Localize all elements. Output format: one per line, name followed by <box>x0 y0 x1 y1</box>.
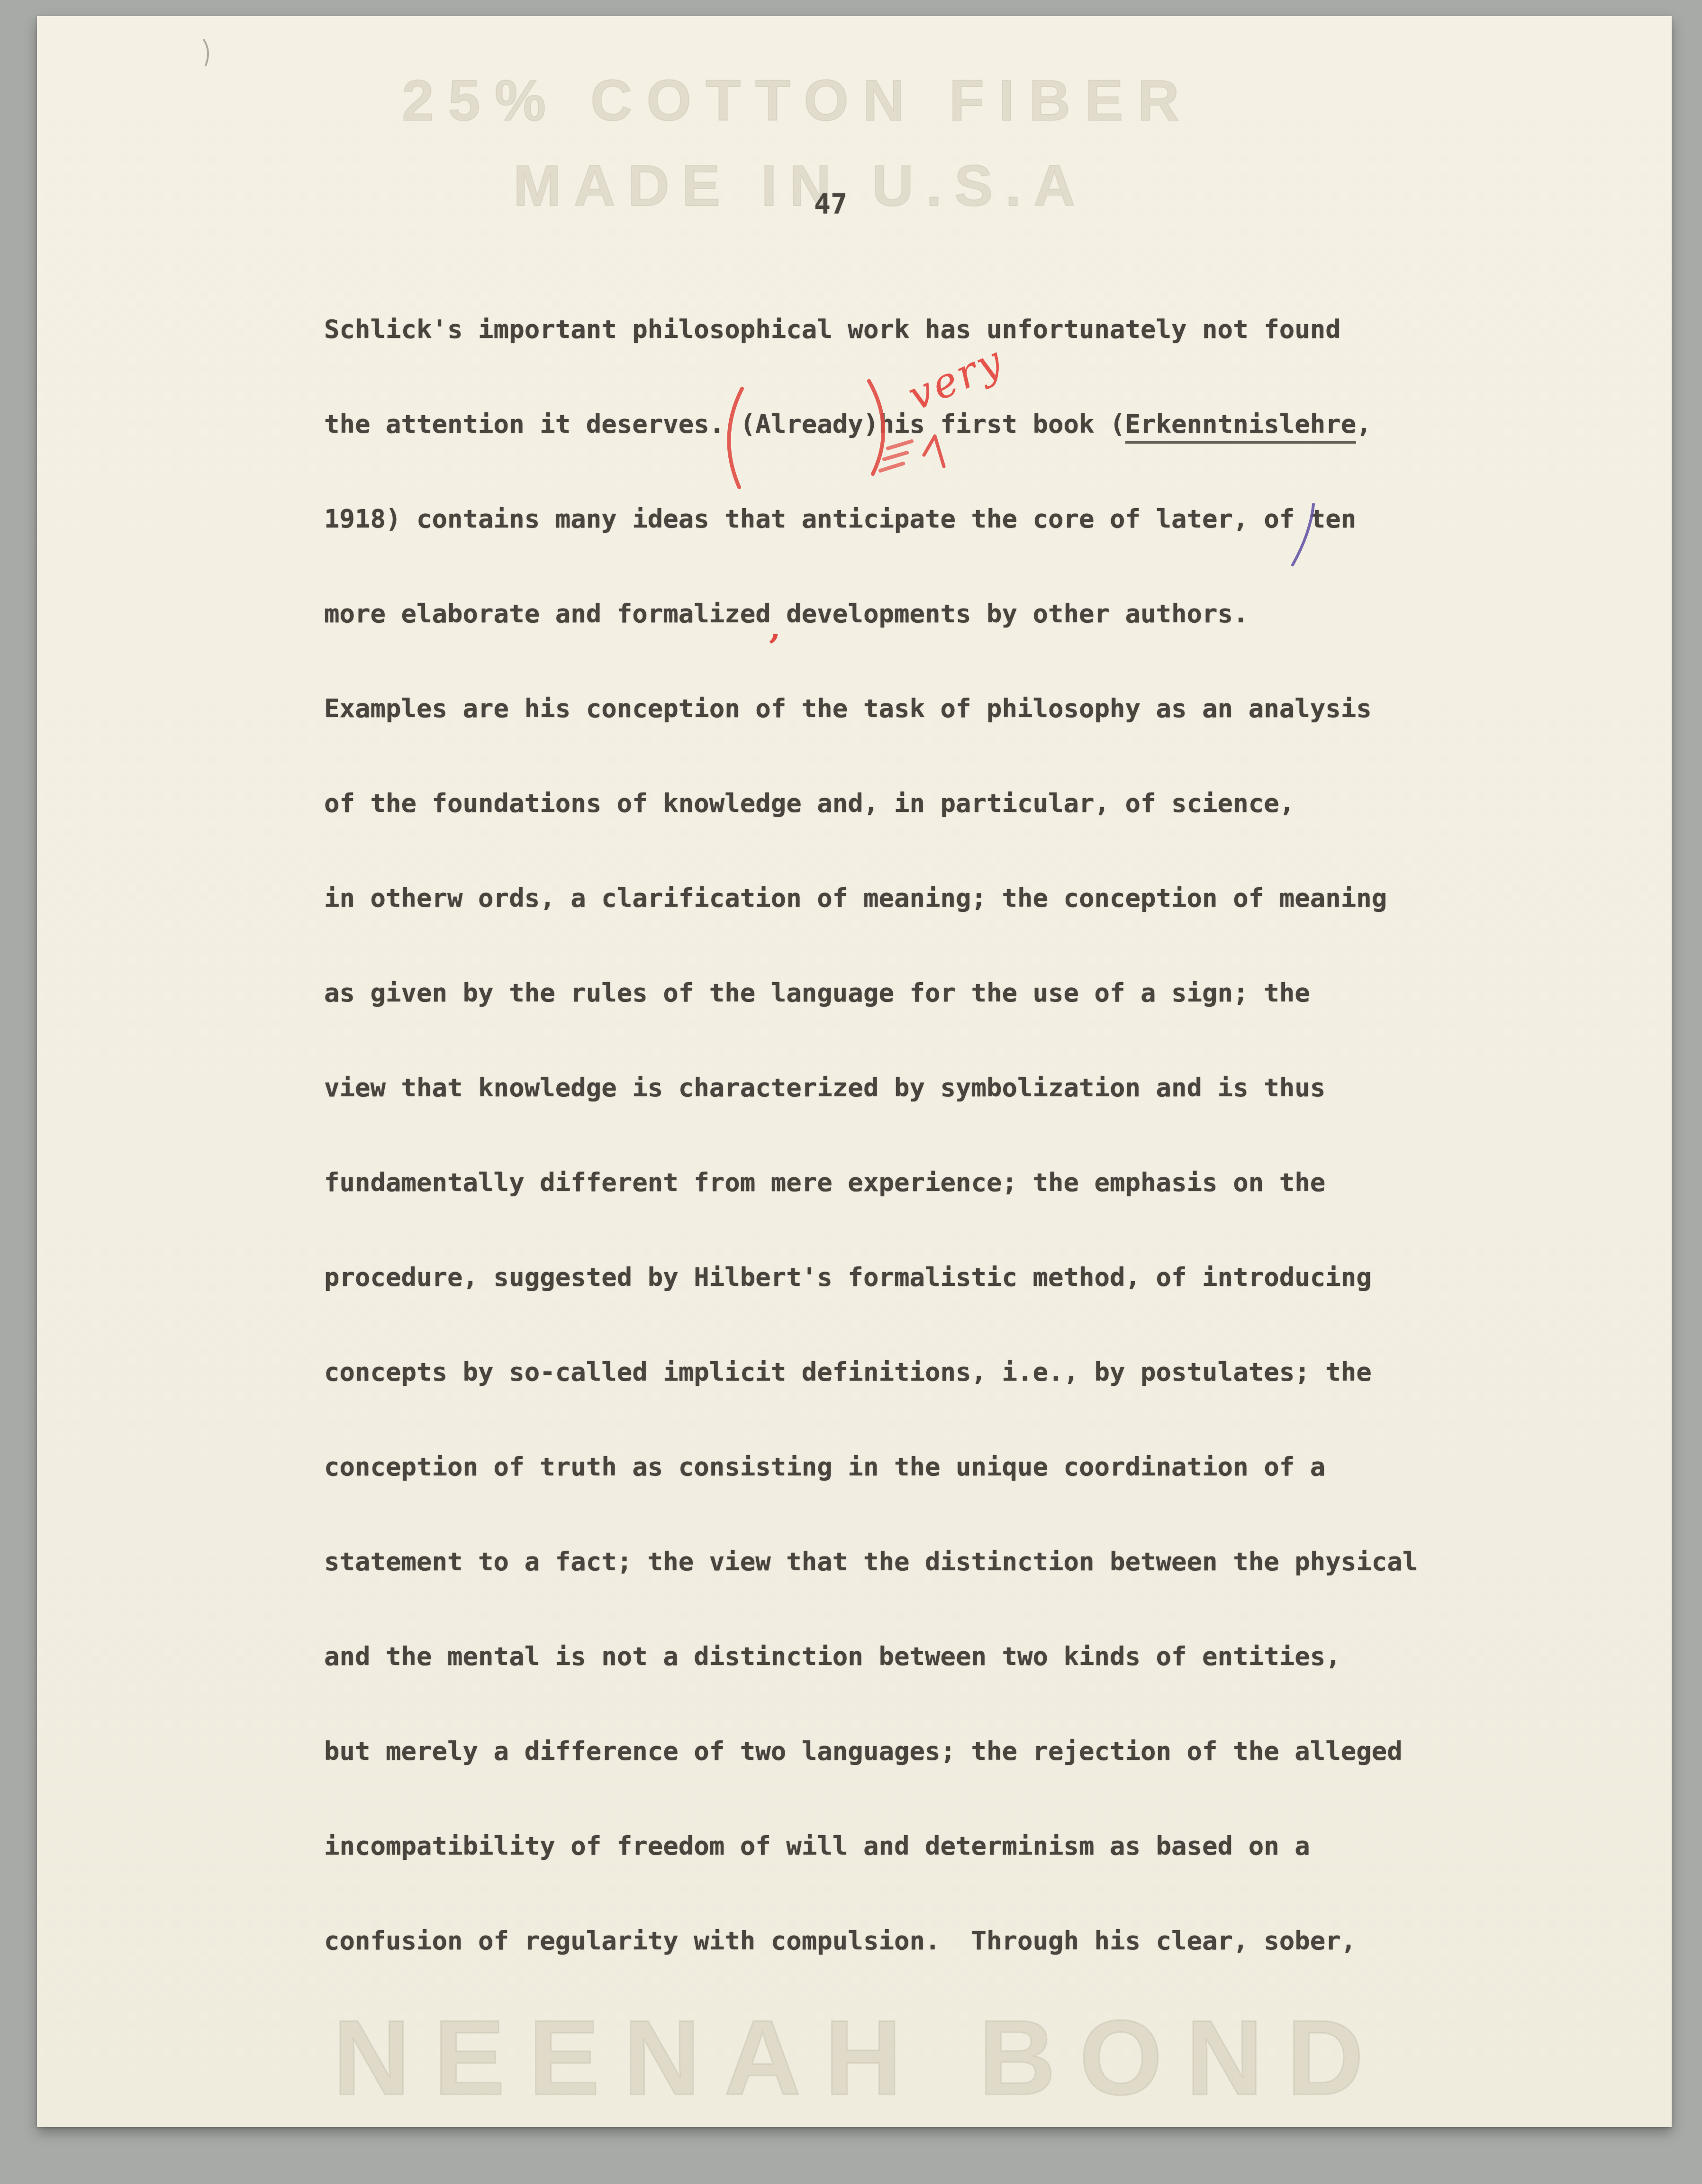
typed-text-run: view that knowledge is characterized by … <box>324 1073 1325 1102</box>
typed-text-run: the attention it deserves. (Already)his … <box>324 409 1125 439</box>
typed-line: concepts by so-called implicit definitio… <box>324 1356 1372 1388</box>
typed-line: confusion of regularity with compulsion.… <box>324 1925 1356 1956</box>
typed-line: in otherw ords, a clarification of meani… <box>324 883 1387 914</box>
typed-text-run: concepts by so-called implicit definitio… <box>324 1357 1372 1387</box>
typed-line: Examples are his conception of the task … <box>324 693 1372 724</box>
typed-text-run: in otherw ords, a clarification of meani… <box>324 883 1387 913</box>
typed-text-run: Examples are his conception of the task … <box>324 693 1372 723</box>
typed-line: conception of truth as consisting in the… <box>324 1451 1325 1483</box>
typed-text-run: conception of truth as consisting in the… <box>324 1452 1325 1482</box>
typed-line: 1918) contains many ideas that anticipat… <box>324 503 1356 535</box>
insertion-caret-mark <box>924 436 944 466</box>
typed-text-run: more elaborate and formalized developmen… <box>324 599 1249 628</box>
typed-line: incompatibility of freedom of will and d… <box>324 1830 1310 1862</box>
typed-text-run: procedure, suggested by Hilbert's formal… <box>324 1262 1372 1292</box>
paper-watermark-cotton-fiber: 25% COTTON FIBER <box>402 67 1194 134</box>
typed-text-run: Schlick's important philosophical work h… <box>324 314 1341 344</box>
typed-line: more elaborate and formalized developmen… <box>324 598 1249 629</box>
typed-text-run: and the mental is not a distinction betw… <box>324 1641 1341 1671</box>
typed-line: statement to a fact; the view that the d… <box>324 1546 1418 1577</box>
typed-text-run: , <box>1356 409 1372 439</box>
underlined-book-title: Erkenntnislehre <box>1125 409 1357 444</box>
typed-text-run: confusion of regularity with compulsion.… <box>324 1926 1356 1956</box>
pencil-mark <box>204 40 208 65</box>
handwritten-insert-very: very <box>901 337 1011 420</box>
typed-line: but merely a difference of two languages… <box>324 1736 1403 1767</box>
typed-line: and the mental is not a distinction betw… <box>324 1641 1341 1672</box>
manuscript-page: 25% COTTON FIBER MADE IN U.S.A NEENAH BO… <box>37 16 1672 2127</box>
typed-line: view that knowledge is characterized by … <box>324 1072 1325 1103</box>
typed-text-run: statement to a fact; the view that the d… <box>324 1547 1418 1576</box>
capitalize-mark <box>880 441 912 471</box>
typed-line: fundamentally different from mere experi… <box>324 1167 1325 1198</box>
paper-watermark-made-in-usa: MADE IN U.S.A <box>513 153 1087 219</box>
typed-text-run: of the foundations of knowledge and, in … <box>324 788 1295 818</box>
typed-line: procedure, suggested by Hilbert's formal… <box>324 1262 1372 1293</box>
typed-text-run: as given by the rules of the language fo… <box>324 978 1310 1008</box>
paper-watermark-neenah-bond: NEENAH BOND <box>333 1996 1387 2119</box>
typed-line: of the foundations of knowledge and, in … <box>324 788 1295 819</box>
typed-text-run: but merely a difference of two languages… <box>324 1736 1403 1766</box>
typed-text-run: fundamentally different from mere experi… <box>324 1167 1325 1197</box>
typed-text-run: 1918) contains many ideas that anticipat… <box>324 504 1356 534</box>
scan-background: { "page": { "number": "47", "paper_water… <box>0 0 1702 2184</box>
page-number: 47 <box>814 188 847 220</box>
typed-line: as given by the rules of the language fo… <box>324 977 1310 1009</box>
typed-line: the attention it deserves. (Already)his … <box>324 409 1372 440</box>
typed-line: Schlick's important philosophical work h… <box>324 314 1341 345</box>
typed-text-run: incompatibility of freedom of will and d… <box>324 1831 1310 1861</box>
